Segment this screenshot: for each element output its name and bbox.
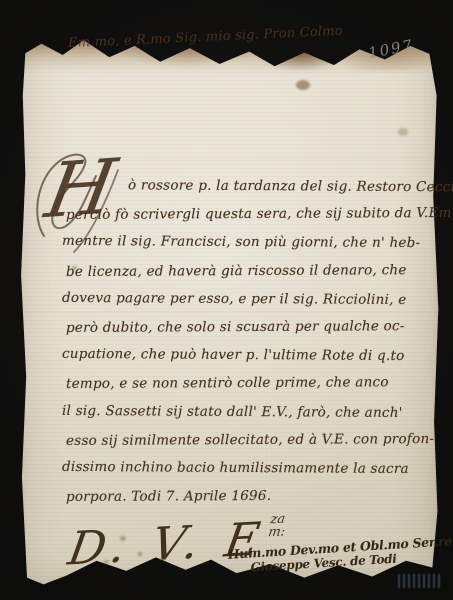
- letter-line-dateline: porpora. Todi 7. Aprile 1696.: [66, 481, 434, 511]
- foxing-spot: [398, 128, 408, 136]
- letter-line: be licenza, ed haverà già riscosso il de…: [66, 256, 434, 286]
- letter-line: esso sij similmente sollecitato, ed à V.…: [66, 425, 434, 455]
- manuscript-photo: Em.mo, e R.mo Sig. mio sig. Pron Colmo 1…: [0, 0, 453, 600]
- letter-line: cupatione, che può haver p. l'ultime Rot…: [62, 340, 434, 370]
- letter-line: ò rossore p. la tardanza del sig. Restor…: [62, 171, 434, 201]
- letter-line: però dubito, che solo si scusarà per qua…: [66, 312, 434, 342]
- valediction-subscript: m:: [267, 524, 286, 540]
- address-line: Em.mo, e R.mo Sig. mio sig. Pron Colmo: [68, 24, 338, 51]
- letter-line: il sig. Sassetti sij stato dall' E.V., f…: [62, 396, 434, 426]
- foxing-spot: [296, 80, 310, 90]
- letter-line: dissimo inchino bacio humilissimamente l…: [62, 453, 434, 483]
- letter-line: doveva pagare per esso, e per il sig. Ri…: [62, 284, 434, 314]
- letter-line: mentre il sig. Francisci, son più giorni…: [62, 227, 434, 257]
- letter-body: ò rossore p. la tardanza del sig. Restor…: [62, 172, 434, 510]
- letter-line: perciò fò scrivergli questa sera, che si…: [66, 199, 434, 229]
- letter-line: tempo, e se non sentirò colle prime, che…: [66, 368, 434, 398]
- corner-watermark: [398, 574, 442, 588]
